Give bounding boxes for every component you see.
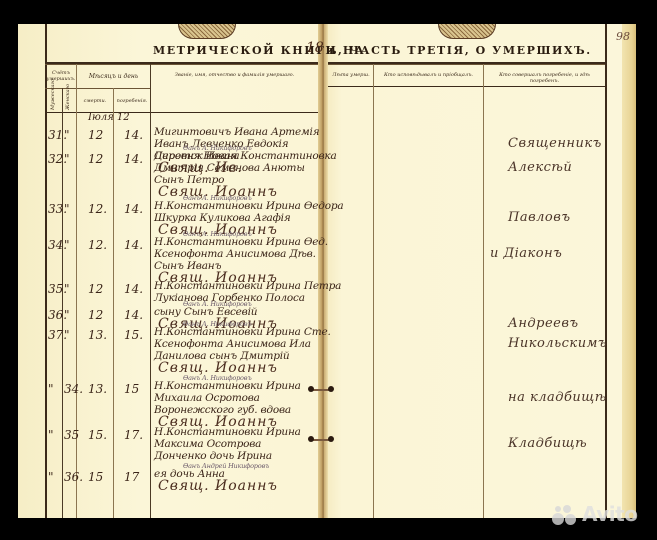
entry-name-line: Н.Константиновки Ирина Ѳед. (154, 236, 328, 248)
header-bottom-rule (45, 112, 318, 113)
entry-burier: Алексѣй (508, 160, 572, 175)
entry-name-line: Донченко дочь Ирина (154, 450, 272, 462)
entry-female-number: " (64, 308, 70, 322)
right-frame-line (605, 24, 607, 518)
imperial-emblem-icon (178, 24, 236, 39)
entry-name-line: Дмитрія Семенова Анюты (154, 162, 305, 174)
entry-burial-day: 17. (124, 428, 143, 442)
column-divider (373, 64, 374, 518)
entry-burial-day: 15. (124, 328, 143, 342)
entry-death-day: 12 (88, 308, 103, 322)
entry-name-line: Максима Осотрова (154, 438, 261, 450)
entry-name-line: Н.Константиновки Ирина Ѳедора (154, 200, 343, 212)
binding-rivet-icon (308, 436, 314, 442)
entry-female-number: " (64, 328, 70, 342)
entry-name-line: Н.Константиновки Ирина Петра (154, 280, 341, 292)
entry-burier: и Діаконъ (490, 246, 562, 261)
entry-female-number: " (64, 202, 70, 216)
page-title-right: ъ, ЧАСТЬ ТРЕТІЯ, О УМЕРШИХЪ. (328, 44, 592, 57)
entry-male-number: " (48, 382, 54, 396)
entry-death-day: 12. (88, 238, 107, 252)
header-mid-rule (45, 88, 150, 89)
month-label: Іюля 12 (88, 112, 130, 123)
header-top-rule (328, 64, 605, 65)
header-age: Лѣта умерш. (330, 72, 372, 78)
binding-rivet-icon (308, 386, 314, 392)
entry-name-line: Н.Константиновки Ирина Сте. (154, 326, 331, 338)
entry-death-day: 12 (88, 152, 103, 166)
column-divider (150, 64, 151, 518)
avito-watermark: Avito (552, 502, 637, 526)
header-death: смерти. (77, 98, 113, 104)
entry-female-number: 36. (64, 470, 83, 484)
entry-name-line: Ксенофонта Анисимова Дѣв. (154, 248, 316, 260)
binding-rivet-icon (328, 386, 334, 392)
header-burier: Кто совершалъ погребеніе, и гдѣ погребен… (484, 72, 605, 84)
entry-name-line: Михаила Осротова (154, 392, 260, 404)
page-edges (622, 24, 636, 518)
imperial-emblem-icon (438, 24, 496, 39)
header-top-rule (45, 64, 318, 65)
entry-death-day: 12 (88, 282, 103, 296)
entry-burier: Кладбищѣ (508, 436, 587, 451)
entry-burier: Священникъ (508, 136, 602, 151)
entry-burier: на кладбищѣ (508, 390, 607, 405)
header-confessor: Кто исповѣдывалъ и пріобщалъ. (374, 72, 483, 78)
entry-death-day: 15. (88, 428, 107, 442)
entry-death-day: 12 (88, 128, 103, 142)
watermark-text: Avito (582, 502, 637, 526)
entry-burial-day: 14. (124, 128, 143, 142)
left-frame-line (45, 24, 47, 518)
entry-burial-day: 14. (124, 282, 143, 296)
entry-female-number: " (64, 152, 70, 166)
entry-name-line: Деревня Новая Константиновка (154, 150, 337, 162)
entry-burial-day: 14. (124, 152, 143, 166)
header-female: Женскаго (65, 84, 71, 110)
entry-burial-day: 15 (124, 382, 139, 396)
header-name: Званіе, имя, отчество и фамилія умершаго… (151, 72, 318, 78)
header-male: Мужескаго (50, 79, 56, 110)
entry-female-number: " (64, 238, 70, 252)
header-bottom-rule (328, 86, 605, 87)
entry-female-number: " (64, 128, 70, 142)
entry-burial-day: 14. (124, 308, 143, 322)
page-number: 98 (616, 30, 630, 43)
header-month-day: Мѣсяцъ и день (77, 74, 150, 80)
entry-name-line: Н.Константиновки Ирина (154, 426, 301, 438)
entry-name-line: Ксенофонта Анисимова Ила (154, 338, 311, 350)
entry-burial-day: 14. (124, 202, 143, 216)
entry-death-day: 12. (88, 202, 107, 216)
avito-logo-icon (552, 503, 578, 525)
ledger-book: МЕТРИЧЕСКОЙ КНИГИ НА 18 ъ, ЧАСТЬ ТРЕТІЯ,… (18, 24, 636, 518)
entry-male-number: " (48, 428, 54, 442)
entry-death-day: 13. (88, 382, 107, 396)
column-divider (76, 64, 77, 518)
column-divider (113, 88, 114, 518)
column-divider (483, 64, 484, 518)
entry-male-number: " (48, 470, 54, 484)
entry-female-number: 34. (64, 382, 83, 396)
entry-death-day: 13. (88, 328, 107, 342)
title-year: 18 (306, 40, 324, 56)
entry-burier: Павловъ (508, 210, 571, 225)
entry-female-number: 35 (64, 428, 79, 442)
entry-burial-day: 17 (124, 470, 139, 484)
right-page (323, 24, 636, 518)
entry-name-line: Н.Константиновки Ирина (154, 380, 301, 392)
entry-female-number: " (64, 282, 70, 296)
entry-priest-signature: Свящ. Иоаннъ (158, 478, 278, 494)
binding-rivet-icon (328, 436, 334, 442)
entry-name-line: Мигинтовичъ Ивана Артемія (154, 126, 319, 138)
entry-burier: Андреевъ (508, 316, 579, 331)
book-spine (318, 24, 328, 518)
entry-burier: Никольскимъ (508, 336, 607, 351)
entry-burial-day: 14. (124, 238, 143, 252)
header-burial: погребенія. (114, 98, 150, 104)
entry-death-day: 15 (88, 470, 103, 484)
